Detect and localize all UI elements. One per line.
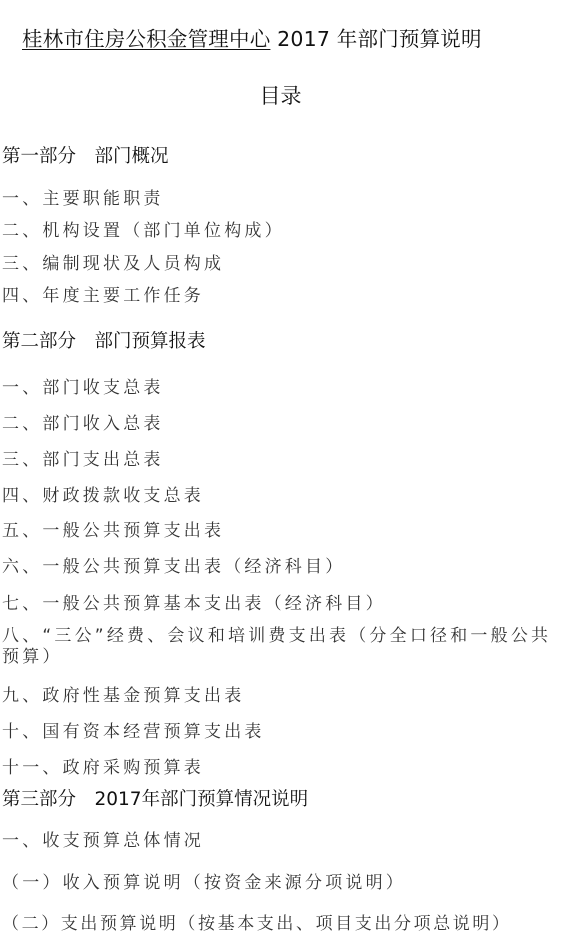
document-title: 桂林市住房公积金管理中心 2017 年部门预算说明 xyxy=(22,22,482,52)
toc-item: （一）收入预算说明（按资金来源分项说明） xyxy=(2,868,406,893)
part-1-heading: 第一部分 部门概况 xyxy=(2,142,169,168)
toc-item: 九、政府性基金预算支出表 xyxy=(2,681,244,706)
toc-item: 八、“三公”经费、会议和培训费支出表（分全口径和一般公共预算） xyxy=(2,626,558,668)
toc-item: 七、一般公共预算基本支出表（经济科目） xyxy=(2,589,386,614)
toc-item: 二、机构设置（部门单位构成） xyxy=(2,216,285,241)
toc-item: 十一、政府采购预算表 xyxy=(2,753,204,778)
toc-item: 一、主要职能职责 xyxy=(2,184,164,209)
toc-heading: 目录 xyxy=(0,80,561,110)
toc-item: 三、部门支出总表 xyxy=(2,445,164,470)
part-3-heading: 第三部分 2017年部门预算情况说明 xyxy=(2,785,308,811)
toc-item: 二、部门收入总表 xyxy=(2,409,164,434)
title-organization: 桂林市住房公积金管理中心 xyxy=(22,27,270,51)
part-2-heading: 第二部分 部门预算报表 xyxy=(2,327,206,353)
toc-item: 四、财政拨款收支总表 xyxy=(2,481,204,506)
toc-item: 六、一般公共预算支出表（经济科目） xyxy=(2,552,345,577)
toc-item: （二）支出预算说明（按基本支出、项目支出分项总说明） xyxy=(2,909,512,934)
toc-item: 一、部门收支总表 xyxy=(2,373,164,398)
toc-item: 四、年度主要工作任务 xyxy=(2,281,204,306)
toc-item: 一、收支预算总体情况 xyxy=(2,826,204,851)
title-suffix: 2017 年部门预算说明 xyxy=(270,27,481,51)
toc-item: 五、一般公共预算支出表 xyxy=(2,516,224,541)
toc-item: 十、国有资本经营预算支出表 xyxy=(2,717,265,742)
toc-item: 三、编制现状及人员构成 xyxy=(2,249,224,274)
